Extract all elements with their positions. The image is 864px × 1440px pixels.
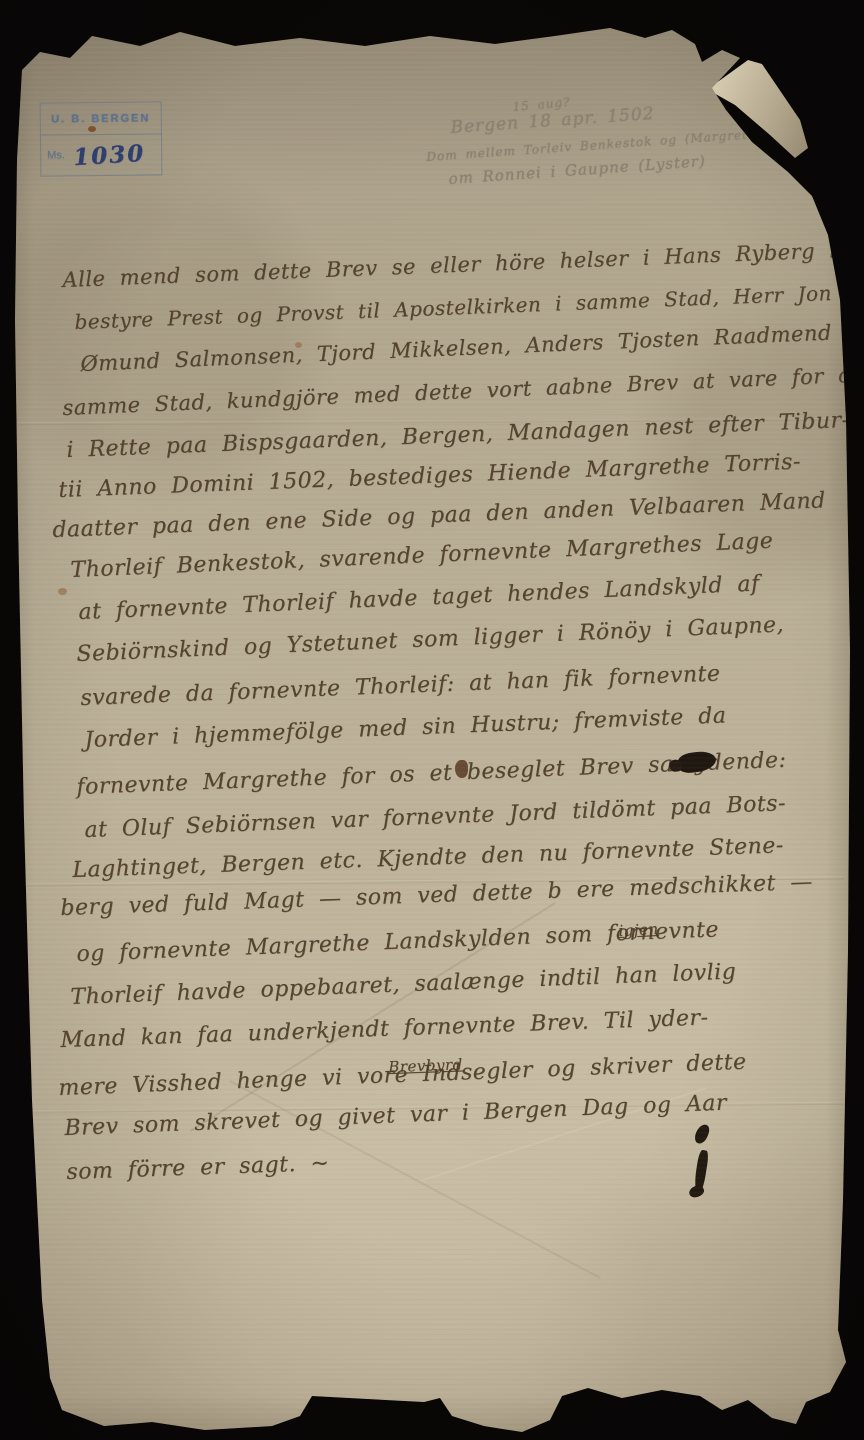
manuscript-line: Thorleif havde oppebaaret, saalænge indt… bbox=[70, 959, 737, 1010]
manuscript-line: at Oluf Sebiörnsen var fornevnte Jord ti… bbox=[84, 791, 786, 843]
rust-spot bbox=[58, 588, 67, 595]
manuscript-line: og fornevnte Margrethe Landskylden som f… bbox=[76, 917, 719, 967]
library-stamp: U. B. BERGEN Ms. 1030 bbox=[40, 101, 163, 176]
stamp-ms-label: Ms. bbox=[47, 149, 65, 161]
manuscript-line: som förre er sagt. ∼ bbox=[66, 1151, 330, 1185]
manuscript-line: svarede da fornevnte Thorleif: at han fi… bbox=[80, 661, 721, 711]
stamp-ms-number: 1030 bbox=[72, 139, 146, 170]
manuscript-line: Mand kan faa underkjendt fornevnte Brev.… bbox=[60, 1005, 709, 1053]
ink-mark-dot bbox=[693, 1123, 711, 1146]
manuscript-line: Jorder i hjemmefölge med sin Hustru; fre… bbox=[84, 703, 727, 753]
paper-sheet: U. B. BERGEN Ms. 1030 15 aug?Bergen 18 a… bbox=[12, 22, 852, 1434]
stamp-institution: U. B. BERGEN bbox=[41, 102, 161, 135]
ink-mark bbox=[688, 1122, 718, 1202]
manuscript-line: Brev som skrevet og givet var i Bergen D… bbox=[64, 1091, 727, 1141]
document-scan: U. B. BERGEN Ms. 1030 15 aug?Bergen 18 a… bbox=[0, 0, 864, 1440]
